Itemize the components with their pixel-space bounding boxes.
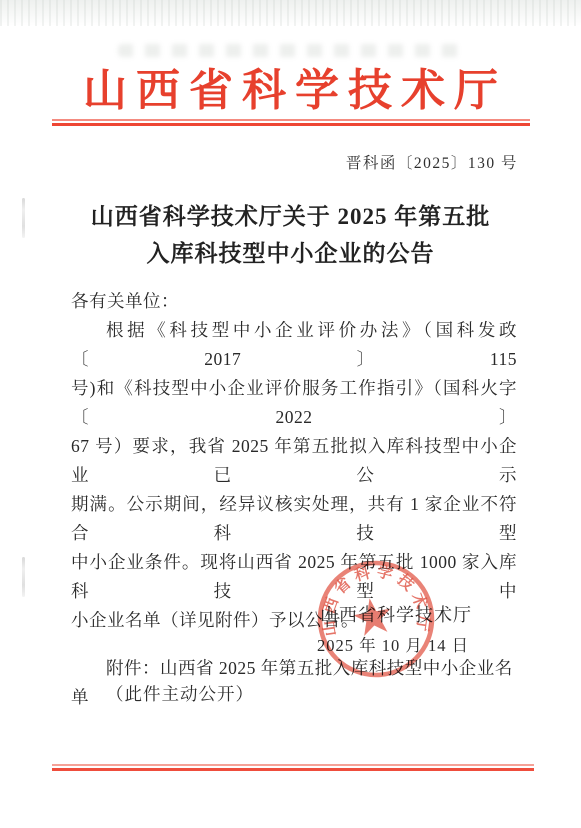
official-seal-graphic: 山西省科学技术厅 xyxy=(314,556,438,682)
scanned-official-document: { "doc": { "masthead": "山西省科学技术厅", "doc_… xyxy=(0,0,581,828)
body-line: 根据《科技型中小企业评价办法》（国科发政〔2017〕115 xyxy=(71,316,517,374)
disclosure-note: （此件主动公开） xyxy=(106,681,254,706)
document-title-line1: 山西省科学技术厅关于 2025 年第五批 xyxy=(0,198,581,235)
document-title-line2: 入库科技型中小企业的公告 xyxy=(0,235,581,272)
body-line: 号)和《科技型中小企业评价服务工作指引》（国科火字〔2022〕 xyxy=(71,374,517,432)
scan-edge-mark xyxy=(22,557,25,597)
body-line: 期满。公示期间，经异议核实处理，共有 1 家企业不符合科技型 xyxy=(71,490,517,548)
document-number: 晋科函〔2025〕130 号 xyxy=(346,151,518,173)
official-seal: 山西省科学技术厅 xyxy=(314,556,438,682)
agency-masthead: 山西省科学技术厅 xyxy=(0,54,581,118)
scan-streaks-top xyxy=(0,0,581,26)
masthead-rule-thick-line xyxy=(52,123,530,126)
document-title: 山西省科学技术厅关于 2025 年第五批 入库科技型中小企业的公告 xyxy=(0,198,581,272)
masthead-rule xyxy=(52,119,530,126)
body-line: 中小企业条件。现将山西省 2025 年第五批 1000 家入库科技型中 xyxy=(71,548,517,606)
salutation: 各有关单位： xyxy=(71,287,517,316)
star-icon xyxy=(351,595,395,637)
footer-rule xyxy=(52,764,534,771)
footer-rule-thick-line xyxy=(52,768,534,771)
body-line: 67 号）要求，我省 2025 年第五批拟入库科技型中小企业已公示 xyxy=(71,432,517,490)
